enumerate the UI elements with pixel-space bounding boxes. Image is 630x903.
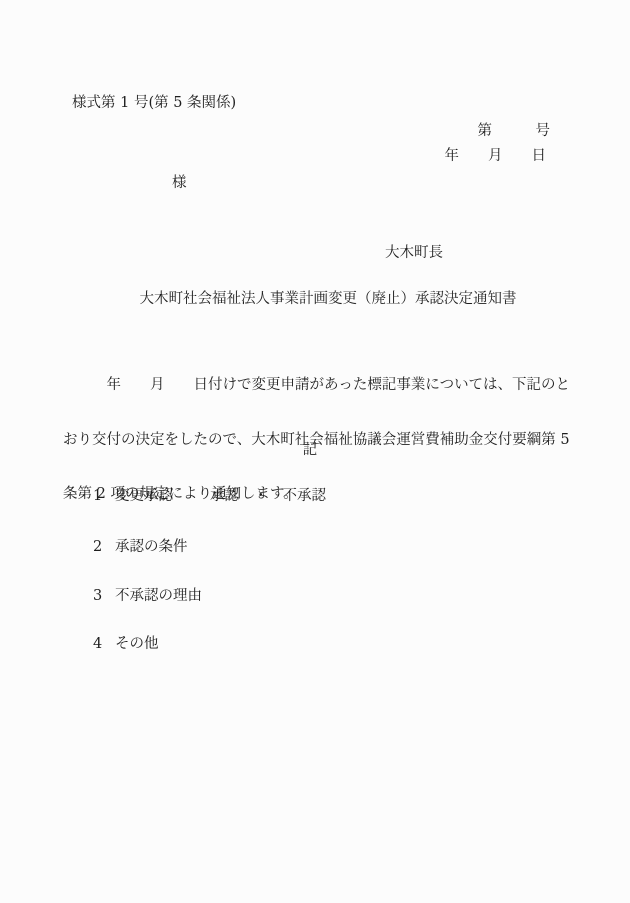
- document-page: 様式第 1 号(第 5 条関係) 第 号 年 月 日 様 大木町長 大木町社会福…: [0, 0, 630, 903]
- record-heading: 記: [0, 442, 620, 459]
- form-number: 様式第 1 号(第 5 条関係): [72, 95, 236, 112]
- list-item-approval-conditions: 2 承認の条件: [93, 539, 225, 556]
- body-paragraph: 年 月 日付けで変更申請があった標記事業については、下記のと おり交付の決定をし…: [63, 342, 570, 538]
- item-number: 3: [93, 588, 115, 605]
- addressee-honorific: 様: [172, 175, 187, 192]
- sender-title: 大木町長: [385, 245, 443, 262]
- item-label: 変更承認: [115, 488, 173, 505]
- list-item-other: 4 その他: [93, 636, 196, 653]
- list-item-change-approval: 1 変更承認 承認 ・ 不承認: [93, 488, 326, 505]
- item-number: 4: [93, 636, 115, 653]
- doc-number-line: 第 号: [478, 123, 551, 140]
- item-number: 2: [93, 539, 115, 556]
- item-number: 1: [93, 488, 115, 505]
- item-label: その他: [115, 636, 159, 653]
- date-line: 年 月 日: [445, 148, 547, 165]
- item-label: 承認の条件: [115, 539, 188, 556]
- item-value-approval-choice: 承認 ・ 不承認: [210, 488, 326, 505]
- item-label: 不承認の理由: [115, 588, 202, 605]
- list-item-disapproval-reason: 3 不承認の理由: [93, 588, 239, 605]
- document-title: 大木町社会福祉法人事業計画変更（廃止）承認決定通知書: [26, 291, 630, 308]
- body-line-1: 年 月 日付けで変更申請があった標記事業については、下記のと: [63, 375, 570, 396]
